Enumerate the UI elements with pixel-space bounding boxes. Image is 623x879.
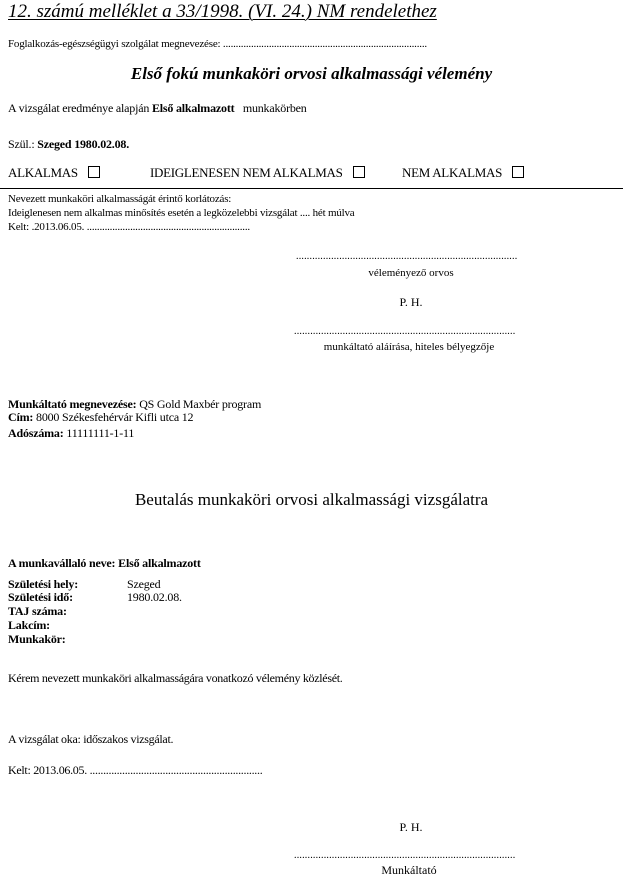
checkbox-ideiglenesen-nem-alkalmas[interactable] <box>353 166 365 178</box>
result-worker-name: Első alkalmazott <box>152 101 234 115</box>
worker-name-line: A munkavállaló neve: Első alkalmazott <box>8 556 201 571</box>
field-value: Szeged <box>127 577 160 591</box>
service-name-line: Foglalkozás-egészségügyi szolgálat megne… <box>8 38 427 50</box>
employer-address-label: Cím: <box>8 410 33 424</box>
option-nem-alkalmas: NEM ALKALMAS <box>402 165 524 181</box>
option-label: NEM ALKALMAS <box>402 165 502 180</box>
employer-tax-value: 11111111-1-11 <box>66 426 134 440</box>
birth-value: Szeged 1980.02.08. <box>37 137 129 151</box>
service-name-label: Foglalkozás-egészségügyi szolgálat megne… <box>8 38 220 50</box>
employer-tax-label: Adószáma: <box>8 426 64 440</box>
result-suffix: munkakörben <box>243 101 307 115</box>
field-label: Munkakör: <box>8 632 127 647</box>
worker-name-value: Első alkalmazott <box>118 556 200 570</box>
result-line: A vizsgálat eredménye alapján Első alkal… <box>8 101 307 116</box>
stamp-placeholder: P. H. <box>296 295 526 310</box>
kelt-dots: ........................................… <box>90 763 263 777</box>
result-prefix: A vizsgálat eredménye alapján <box>8 101 149 115</box>
field-label: TAJ száma: <box>8 604 127 619</box>
request-text: Kérem nevezett munkaköri alkalmasságára … <box>8 671 342 686</box>
checkbox-alkalmas[interactable] <box>88 166 100 178</box>
field-value: 1980.02.08. <box>127 590 182 604</box>
kelt-value: .2013.06.05. <box>32 221 85 233</box>
exam-reason: A vizsgálat oka: időszakos vizsgálat. <box>8 732 173 747</box>
employer-signature-line: ........................................… <box>294 326 524 337</box>
employer-tax-line: Adószáma: 11111111-1-11 <box>8 426 134 441</box>
employer-signature-label: Munkáltató <box>294 863 524 878</box>
employer-name-label: Munkáltató megnevezése: <box>8 397 136 411</box>
service-name-dots: ........................................… <box>223 38 427 50</box>
kelt-dots: ........................................… <box>87 221 250 233</box>
field-address: Lakcím: <box>8 618 127 633</box>
field-birth-date: Születési idő:1980.02.08. <box>8 590 182 605</box>
referral-title: Beutalás munkaköri orvosi alkalmassági v… <box>0 490 623 510</box>
option-alkalmas: ALKALMAS <box>8 165 100 181</box>
checkbox-nem-alkalmas[interactable] <box>512 166 524 178</box>
option-label: ALKALMAS <box>8 165 78 180</box>
employer-name-value: QS Gold Maxbér program <box>139 397 261 411</box>
opinion-date-line: Kelt: .2013.06.05. .....................… <box>8 221 250 233</box>
kelt-label: Kelt: <box>8 221 29 233</box>
stamp-placeholder: P. H. <box>296 820 526 835</box>
kelt-label: Kelt: <box>8 763 31 777</box>
doctor-signature-label: véleményező orvos <box>296 267 526 279</box>
annex-title: 12. számú melléklet a 33/1998. (VI. 24.)… <box>8 1 437 23</box>
employer-signature-line: ........................................… <box>294 850 524 861</box>
temporary-unfit-line: Ideiglenesen nem alkalmas minősítés eset… <box>8 207 354 219</box>
option-ideiglenesen-nem-alkalmas: IDEIGLENESEN NEM ALKALMAS <box>150 165 365 181</box>
employer-address-line: Cím: 8000 Székesfehérvár Kifli utca 12 <box>8 410 193 425</box>
worker-name-label: A munkavállaló neve: <box>8 556 115 570</box>
field-label: Születési idő: <box>8 590 127 605</box>
employer-address-value: 8000 Székesfehérvár Kifli utca 12 <box>36 410 193 424</box>
employer-signature-label: munkáltató aláírása, hiteles bélyegzője <box>294 341 524 353</box>
field-taj-number: TAJ száma: <box>8 604 127 619</box>
referral-date-line: Kelt: 2013.06.05. ......................… <box>8 763 262 778</box>
birth-line: Szül.: Szeged 1980.02.08. <box>8 137 129 152</box>
kelt-value: 2013.06.05. <box>33 763 87 777</box>
field-job: Munkakör: <box>8 632 127 647</box>
divider <box>0 188 623 189</box>
field-label: Lakcím: <box>8 618 127 633</box>
birth-label: Szül.: <box>8 137 34 151</box>
doctor-signature-line: ........................................… <box>296 251 526 262</box>
option-label: IDEIGLENESEN NEM ALKALMAS <box>150 165 343 180</box>
restriction-label: Nevezett munkaköri alkalmasságát érintő … <box>8 193 231 205</box>
opinion-title: Első fokú munkaköri orvosi alkalmassági … <box>0 64 623 84</box>
